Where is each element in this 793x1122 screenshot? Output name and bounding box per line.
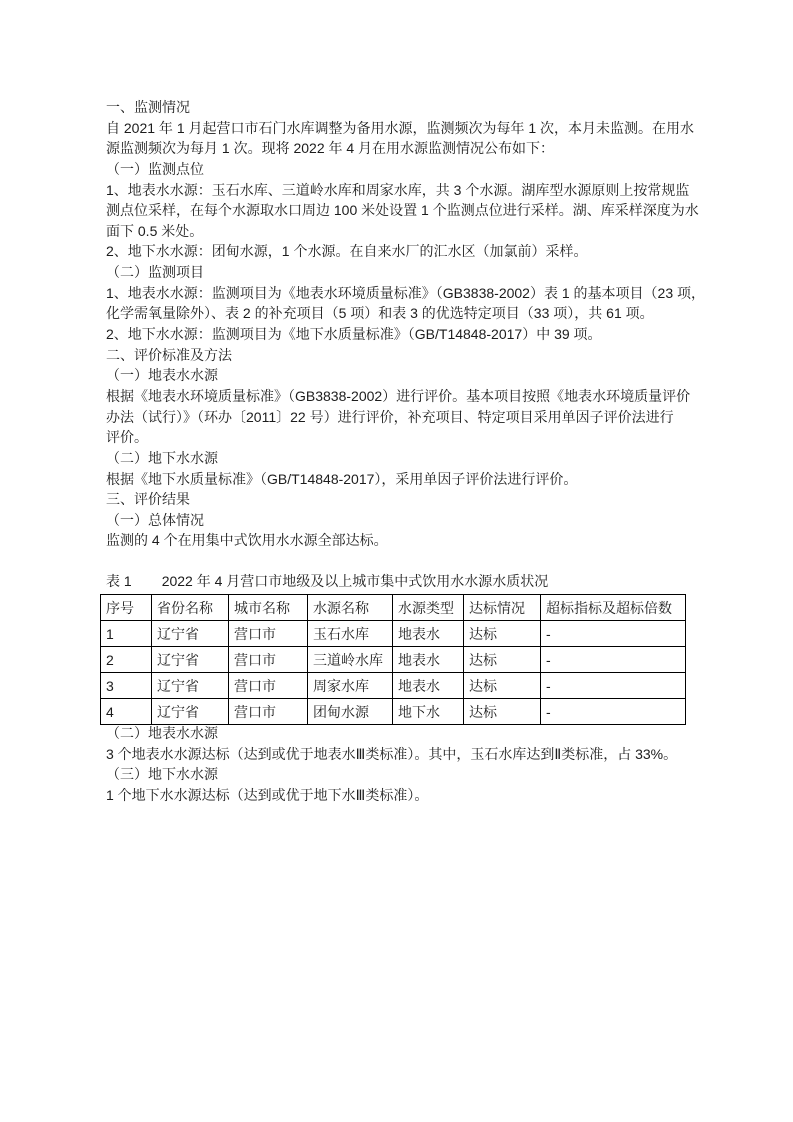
table-cell: 达标 xyxy=(464,647,541,673)
text-line: （二）监测项目 xyxy=(106,262,690,283)
table-cell: 三道岭水库 xyxy=(308,647,393,673)
text-line: 1 个地下水水源达标（达到或优于地下水Ⅲ类标准）。 xyxy=(106,785,690,806)
table-cell: - xyxy=(541,673,686,699)
table-cell: - xyxy=(541,699,686,725)
table-cell: 辽宁省 xyxy=(152,699,229,725)
table-row: 2辽宁省营口市三道岭水库地表水达标- xyxy=(101,647,686,673)
text-line: 根据《地表水环境质量标准》（GB3838-2002）进行评价。基本项目按照《地表… xyxy=(106,386,690,407)
table-cell: 团甸水源 xyxy=(308,699,393,725)
table-header-cell: 超标指标及超标倍数 xyxy=(541,595,686,621)
body-text-before-table: 一、监测情况自 2021 年 1 月起营口市石门水库调整为备用水源，监测频次为每… xyxy=(106,97,690,551)
text-line: 3 个地表水水源达标（达到或优于地表水Ⅲ类标准）。其中，玉石水库达到Ⅱ类标准，占… xyxy=(106,744,690,765)
table-header-cell: 水源类型 xyxy=(393,595,464,621)
text-line: 1、地表水水源：玉石水库、三道岭水库和周家水库，共 3 个水源。湖库型水源原则上… xyxy=(106,180,690,201)
table-cell: 辽宁省 xyxy=(152,647,229,673)
table-cell: 2 xyxy=(101,647,152,673)
text-line: 自 2021 年 1 月起营口市石门水库调整为备用水源，监测频次为每年 1 次，… xyxy=(106,118,690,139)
text-line: 根据《地下水质量标准》（GB/T14848-2017），采用单因子评价法进行评价… xyxy=(106,469,690,490)
table-header-cell: 省份名称 xyxy=(152,595,229,621)
table-cell: 辽宁省 xyxy=(152,673,229,699)
table-header-cell: 达标情况 xyxy=(464,595,541,621)
body-text-after-table: （二）地表水水源3 个地表水水源达标（达到或优于地表水Ⅲ类标准）。其中，玉石水库… xyxy=(106,723,690,806)
table-cell: 达标 xyxy=(464,673,541,699)
table-cell: 达标 xyxy=(464,699,541,725)
text-line: 2、地下水水源：监测项目为《地下水质量标准》（GB/T14848-2017）中 … xyxy=(106,324,690,345)
table-cell: 4 xyxy=(101,699,152,725)
table-cell: 营口市 xyxy=(229,647,308,673)
table-cell: 地表水 xyxy=(393,647,464,673)
table-cell: - xyxy=(541,621,686,647)
table-cell: 地下水 xyxy=(393,699,464,725)
table-header-cell: 水源名称 xyxy=(308,595,393,621)
table-header-row: 序号省份名称城市名称水源名称水源类型达标情况超标指标及超标倍数 xyxy=(101,595,686,621)
text-line: 源监测频次为每月 1 次。现将 2022 年 4 月在用水源监测情况公布如下： xyxy=(106,138,690,159)
table-title-text: 2022 年 4 月营口市地级及以上城市集中式饮用水水源水质状况 xyxy=(162,573,549,589)
table-cell: 营口市 xyxy=(229,699,308,725)
text-line: （二）地表水水源 xyxy=(106,723,690,744)
text-line: （一）总体情况 xyxy=(106,510,690,531)
text-line: 评价。 xyxy=(106,427,690,448)
table-cell: 辽宁省 xyxy=(152,621,229,647)
text-line: （三）地下水水源 xyxy=(106,764,690,785)
table-cell: 玉石水库 xyxy=(308,621,393,647)
text-line: 办法（试行）》（环办〔2011〕22 号）进行评价，补充项目、特定项目采用单因子… xyxy=(106,407,690,428)
table-cell: 1 xyxy=(101,621,152,647)
text-line: 面下 0.5 米处。 xyxy=(106,221,690,242)
text-line: （二）地下水水源 xyxy=(106,448,690,469)
text-line: 监测的 4 个在用集中式饮用水水源全部达标。 xyxy=(106,530,690,551)
text-line: 测点位采样，在每个水源取水口周边 100 米处设置 1 个监测点位进行采样。湖、… xyxy=(106,200,690,221)
table-row: 1辽宁省营口市玉石水库地表水达标- xyxy=(101,621,686,647)
table-cell: 营口市 xyxy=(229,673,308,699)
table-cell: 地表水 xyxy=(393,673,464,699)
text-line: 二、评价标准及方法 xyxy=(106,345,690,366)
text-line: 2、地下水水源：团甸水源，1 个水源。在自来水厂的汇水区（加氯前）采样。 xyxy=(106,241,690,262)
table-row: 3辽宁省营口市周家水库地表水达标- xyxy=(101,673,686,699)
table-header-cell: 序号 xyxy=(101,595,152,621)
table-cell: 周家水库 xyxy=(308,673,393,699)
text-line: 一、监测情况 xyxy=(106,97,690,118)
table-header-cell: 城市名称 xyxy=(229,595,308,621)
table-caption: 表 12022 年 4 月营口市地级及以上城市集中式饮用水水源水质状况 xyxy=(106,571,690,591)
water-quality-table: 序号省份名称城市名称水源名称水源类型达标情况超标指标及超标倍数 1辽宁省营口市玉… xyxy=(100,594,686,725)
table-cell: 达标 xyxy=(464,621,541,647)
table-cell: - xyxy=(541,647,686,673)
text-line: 三、评价结果 xyxy=(106,489,690,510)
table-label: 表 1 xyxy=(106,573,132,589)
text-line: （一）地表水水源 xyxy=(106,365,690,386)
table-cell: 3 xyxy=(101,673,152,699)
table-cell: 营口市 xyxy=(229,621,308,647)
text-line: 化学需氧量除外）、表 2 的补充项目（5 项）和表 3 的优选特定项目（33 项… xyxy=(106,303,690,324)
text-line: 1、地表水水源：监测项目为《地表水环境质量标准》（GB3838-2002）表 1… xyxy=(106,283,690,304)
text-line: （一）监测点位 xyxy=(106,159,690,180)
table-row: 4辽宁省营口市团甸水源地下水达标- xyxy=(101,699,686,725)
table-cell: 地表水 xyxy=(393,621,464,647)
